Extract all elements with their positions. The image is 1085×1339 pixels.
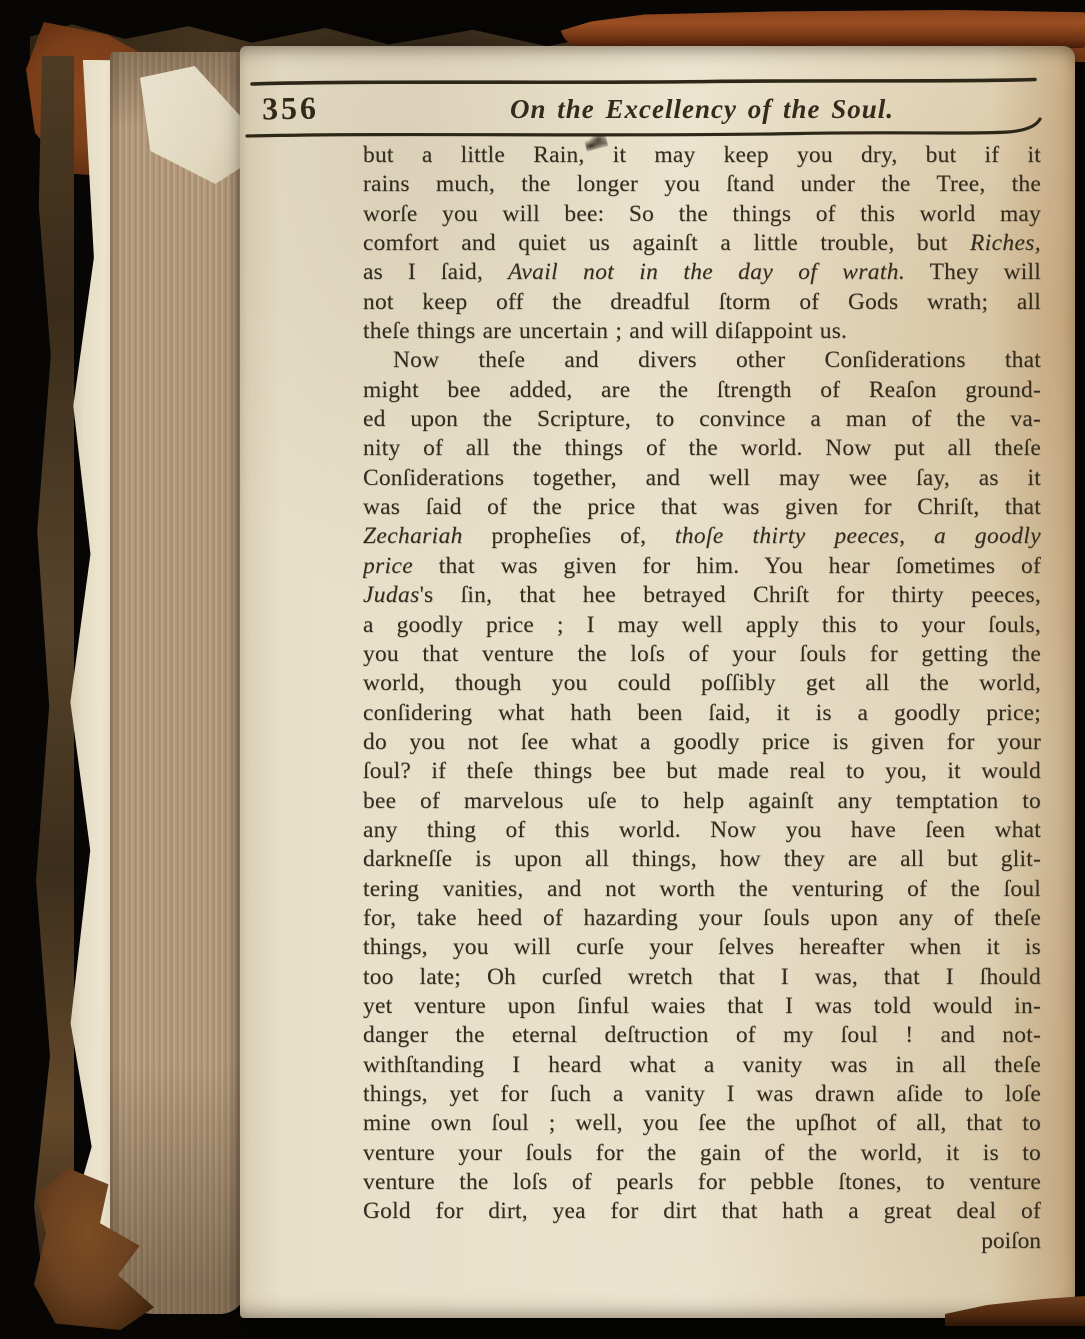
- text-line: might bee added, are the ſtrength of Rea…: [363, 376, 1041, 405]
- text-line: too late; Oh curſed wretch that I was, t…: [363, 963, 1041, 992]
- text-line: Judas's ſin, that hee betrayed Chriſt fo…: [363, 581, 1041, 610]
- catchword: poiſon: [363, 1227, 1065, 1256]
- text-line: rains much, the longer you ſtand under t…: [363, 170, 1041, 199]
- text-line: mine own ſoul ; well, you ſee the upſhot…: [363, 1109, 1041, 1138]
- text-line: things, yet for ſuch a vanity I was draw…: [363, 1080, 1041, 1109]
- text-line: as I ſaid, Avail not in the day of wrath…: [363, 258, 1041, 287]
- text-line: bee of marvelous uſe to help againſt any…: [363, 787, 1041, 816]
- text-line: danger the eternal deſtruction of my ſou…: [363, 1021, 1041, 1050]
- text-line: ſoul? if theſe things bee but made real …: [363, 757, 1041, 786]
- text-line: was ſaid of the price that was given for…: [363, 493, 1041, 522]
- text-line: Gold for dirt, yea for dirt that hath a …: [363, 1197, 1041, 1226]
- text-line: any thing of this world. Now you have ſe…: [363, 816, 1041, 845]
- text-line: venture the loſs of pearls for pebble ſt…: [363, 1168, 1041, 1197]
- body-text: but a little Rain, it may keep you dry, …: [363, 141, 1041, 1227]
- text-line: conſidering what hath been ſaid, it is a…: [363, 699, 1041, 728]
- text-line: comfort and quiet us againſt a little tr…: [363, 229, 1041, 258]
- running-title: On the Excellency of the Soul.: [363, 94, 1041, 125]
- text-line: nity of all the things of the world. Now…: [363, 434, 1041, 463]
- text-line: world, though you could poſſibly get all…: [363, 669, 1041, 698]
- text-line: worſe you will bee: So the things of thi…: [363, 200, 1041, 229]
- text-line: do you not ſee what a goodly price is gi…: [363, 728, 1041, 757]
- text-line: price that was given for him. You hear ſ…: [363, 552, 1041, 581]
- text-line: not keep off the dreadful ſtorm of Gods …: [363, 288, 1041, 317]
- text-line: withſtanding I heard what a vanity was i…: [363, 1051, 1041, 1080]
- page-number: 356: [262, 90, 320, 128]
- text-line: Conſiderations together, and well may we…: [363, 464, 1041, 493]
- text-line: for, take heed of hazarding your ſouls u…: [363, 904, 1041, 933]
- leather-roll-top-right: [560, 10, 1085, 48]
- book-scan: 356 On the Excellency of the Soul. but a…: [0, 0, 1085, 1339]
- text-line: Zechariah propheſies of, thoſe thirty pe…: [363, 522, 1041, 551]
- text-line: a goodly price ; I may well apply this t…: [363, 611, 1041, 640]
- text-line: Now theſe and divers other Conſideration…: [363, 346, 1041, 375]
- page-block-fore-edge: [110, 52, 246, 1314]
- text-line: you that venture the loſs of your ſouls …: [363, 640, 1041, 669]
- text-line: but a little Rain, it may keep you dry, …: [363, 141, 1041, 170]
- text-line: theſe things are uncertain ; and will di…: [363, 317, 1041, 346]
- text-line: tering vanities, and not worth the ventu…: [363, 875, 1041, 904]
- text-line: darkneſſe is upon all things, how they a…: [363, 845, 1041, 874]
- text-line: yet venture upon ſinful waies that I was…: [363, 992, 1041, 1021]
- text-line: venture your ſouls for the gain of the w…: [363, 1139, 1041, 1168]
- text-line: ed upon the Scripture, to convince a man…: [363, 405, 1041, 434]
- text-line: things, you will curſe your ſelves herea…: [363, 933, 1041, 962]
- torn-spine-edge-left: [34, 56, 74, 1306]
